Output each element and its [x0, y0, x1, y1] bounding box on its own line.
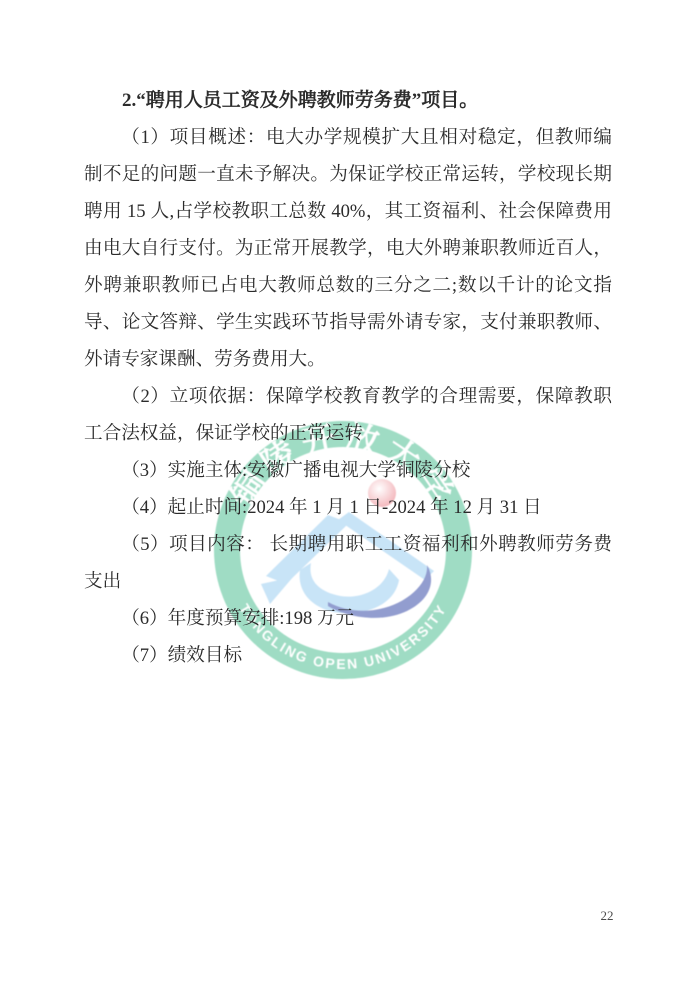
- paragraph: （1）项目概述：电大办学规模扩大且相对稳定，但教师编制不足的问题一直未予解决。为…: [84, 119, 612, 378]
- paragraph: （7）绩效目标: [84, 637, 612, 674]
- document-page: 铜陵开放大学 TONGLING OPEN UNIVERSITY 2.“聘用人员工…: [0, 0, 700, 990]
- document-body: 2.“聘用人员工资及外聘教师劳务费”项目。 （1）项目概述：电大办学规模扩大且相…: [84, 82, 612, 674]
- section-heading: 2.“聘用人员工资及外聘教师劳务费”项目。: [84, 82, 612, 119]
- paragraph: （6）年度预算安排:198 万元: [84, 600, 612, 637]
- paragraph: （5）项目内容： 长期聘用职工工资福利和外聘教师劳务费支出: [84, 526, 612, 600]
- paragraph-list: （1）项目概述：电大办学规模扩大且相对稳定，但教师编制不足的问题一直未予解决。为…: [84, 119, 612, 674]
- paragraph: （3）实施主体:安徽广播电视大学铜陵分校: [84, 452, 612, 489]
- paragraph: （2）立项依据：保障学校教育教学的合理需要，保障教职工合法权益，保证学校的正常运…: [84, 378, 612, 452]
- paragraph: （4）起止时间:2024 年 1 月 1 日-2024 年 12 月 31 日: [84, 489, 612, 526]
- page-number: 22: [592, 908, 622, 924]
